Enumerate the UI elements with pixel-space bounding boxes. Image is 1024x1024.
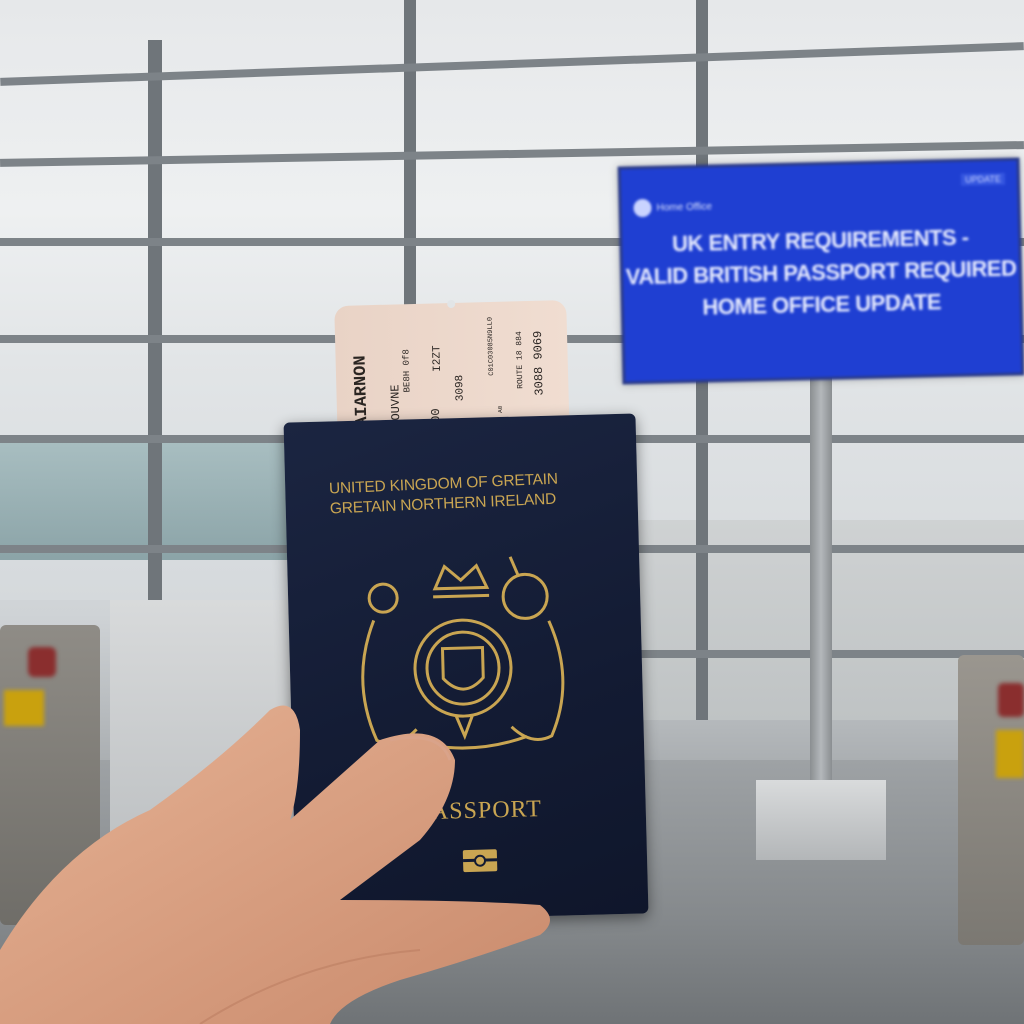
information-screen: Home Office UPDATE UK ENTRY REQUIREMENTS… <box>618 157 1024 384</box>
sign-logo: Home Office <box>633 197 712 217</box>
sign-message: UK ENTRY REQUIREMENTS - VALID BRITISH PA… <box>622 221 1020 326</box>
e-gate-right <box>958 655 1024 945</box>
crest-icon <box>633 199 651 217</box>
airport-scene: Home Office UPDATE UK ENTRY REQUIREMENTS… <box>0 0 1024 1024</box>
sign-base <box>756 780 886 860</box>
hand <box>0 700 560 1024</box>
sign-badge: UPDATE <box>961 173 1005 186</box>
sign-pole <box>810 370 832 800</box>
passport-title: UNITED KINGDOM OF GRETAIN GRETAIN NORTHE… <box>329 470 559 520</box>
window-mullion <box>148 40 162 600</box>
